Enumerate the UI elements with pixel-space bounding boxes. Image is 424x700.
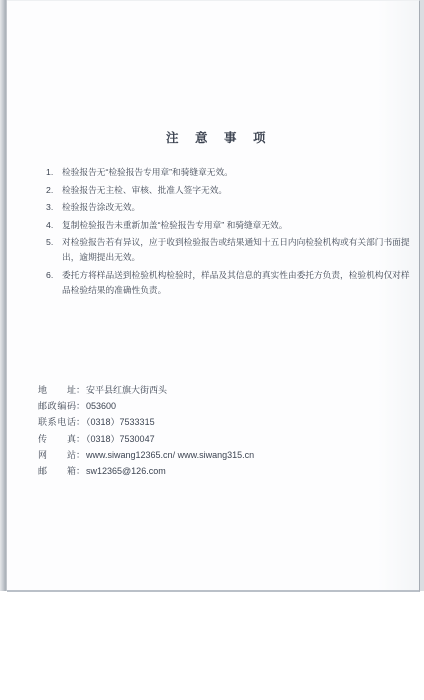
notice-text: 复制检验报告未重新加盖“检验报告专用章” 和骑缝章无效。 xyxy=(62,218,410,233)
scan-left-edge xyxy=(0,0,7,591)
contact-colon: ： xyxy=(76,401,85,411)
contact-label: 邮政编码 xyxy=(38,398,76,414)
notice-item: 2. 检验报告无主检、审核、批准人签字无效。 xyxy=(46,183,410,198)
notice-text: 委托方将样品送到检验机构检验时，样品及其信息的真实性由委托方负责，检验机构仅对样… xyxy=(62,268,410,298)
contact-value: sw12365@126.com xyxy=(85,466,166,476)
notice-number: 5. xyxy=(46,235,62,265)
contact-row-email: 邮箱：sw12365@126.com xyxy=(38,463,254,479)
contact-colon: ： xyxy=(76,434,85,444)
contact-row-postcode: 邮政编码：053600 xyxy=(38,398,254,414)
page-title: 注 意 事 项 xyxy=(7,128,419,146)
contact-colon: ： xyxy=(76,466,85,476)
scan-background: 注 意 事 项 1. 检验报告无“检验报告专用章”和骑缝章无效。 2. 检验报告… xyxy=(0,0,424,700)
notice-item: 5. 对检验报告若有异议，应于收到检验报告或结果通知十五日内向检验机构或有关部门… xyxy=(46,235,410,265)
contact-block: 地址：安平县红旗大街西头 邮政编码：053600 联系电话：（0318）7533… xyxy=(38,382,254,479)
notice-number: 1. xyxy=(46,165,62,180)
notice-list: 1. 检验报告无“检验报告专用章”和骑缝章无效。 2. 检验报告无主检、审核、批… xyxy=(46,165,410,301)
contact-label: 地址 xyxy=(38,382,76,398)
scan-right-edge xyxy=(420,0,424,591)
contact-value: www.siwang12365.cn/ www.siwang315.cn xyxy=(85,450,254,460)
contact-row-fax: 传真：（0318）7530047 xyxy=(38,431,254,447)
notice-item: 6. 委托方将样品送到检验机构检验时，样品及其信息的真实性由委托方负责，检验机构… xyxy=(46,268,410,298)
notice-item: 3. 检验报告涂改无效。 xyxy=(46,200,410,215)
notice-text: 检验报告无主检、审核、批准人签字无效。 xyxy=(62,183,410,198)
notice-text: 检验报告无“检验报告专用章”和骑缝章无效。 xyxy=(62,165,410,180)
contact-label: 邮箱 xyxy=(38,463,76,479)
notice-number: 2. xyxy=(46,183,62,198)
scanned-page: 注 意 事 项 1. 检验报告无“检验报告专用章”和骑缝章无效。 2. 检验报告… xyxy=(7,0,420,592)
contact-colon: ： xyxy=(76,450,85,460)
contact-row-phone: 联系电话：（0318）7533315 xyxy=(38,414,254,430)
notice-item: 4. 复制检验报告未重新加盖“检验报告专用章” 和骑缝章无效。 xyxy=(46,218,410,233)
notice-text: 检验报告涂改无效。 xyxy=(62,200,410,215)
notice-text: 对检验报告若有异议，应于收到检验报告或结果通知十五日内向检验机构或有关部门书面提… xyxy=(62,235,410,265)
notice-number: 6. xyxy=(46,268,62,298)
contact-colon: ： xyxy=(76,417,85,427)
contact-value: （0318）7530047 xyxy=(85,434,155,444)
contact-label: 传真 xyxy=(38,431,76,447)
notice-number: 3. xyxy=(46,200,62,215)
contact-colon: ： xyxy=(76,385,85,395)
notice-item: 1. 检验报告无“检验报告专用章”和骑缝章无效。 xyxy=(46,165,410,180)
contact-value: 安平县红旗大街西头 xyxy=(85,385,167,395)
contact-label: 联系电话 xyxy=(38,414,76,430)
notice-number: 4. xyxy=(46,218,62,233)
contact-row-website: 网站：www.siwang12365.cn/ www.siwang315.cn xyxy=(38,447,254,463)
contact-row-address: 地址：安平县红旗大街西头 xyxy=(38,382,254,398)
contact-label: 网站 xyxy=(38,447,76,463)
contact-value: （0318）7533315 xyxy=(85,417,155,427)
contact-value: 053600 xyxy=(85,401,116,411)
